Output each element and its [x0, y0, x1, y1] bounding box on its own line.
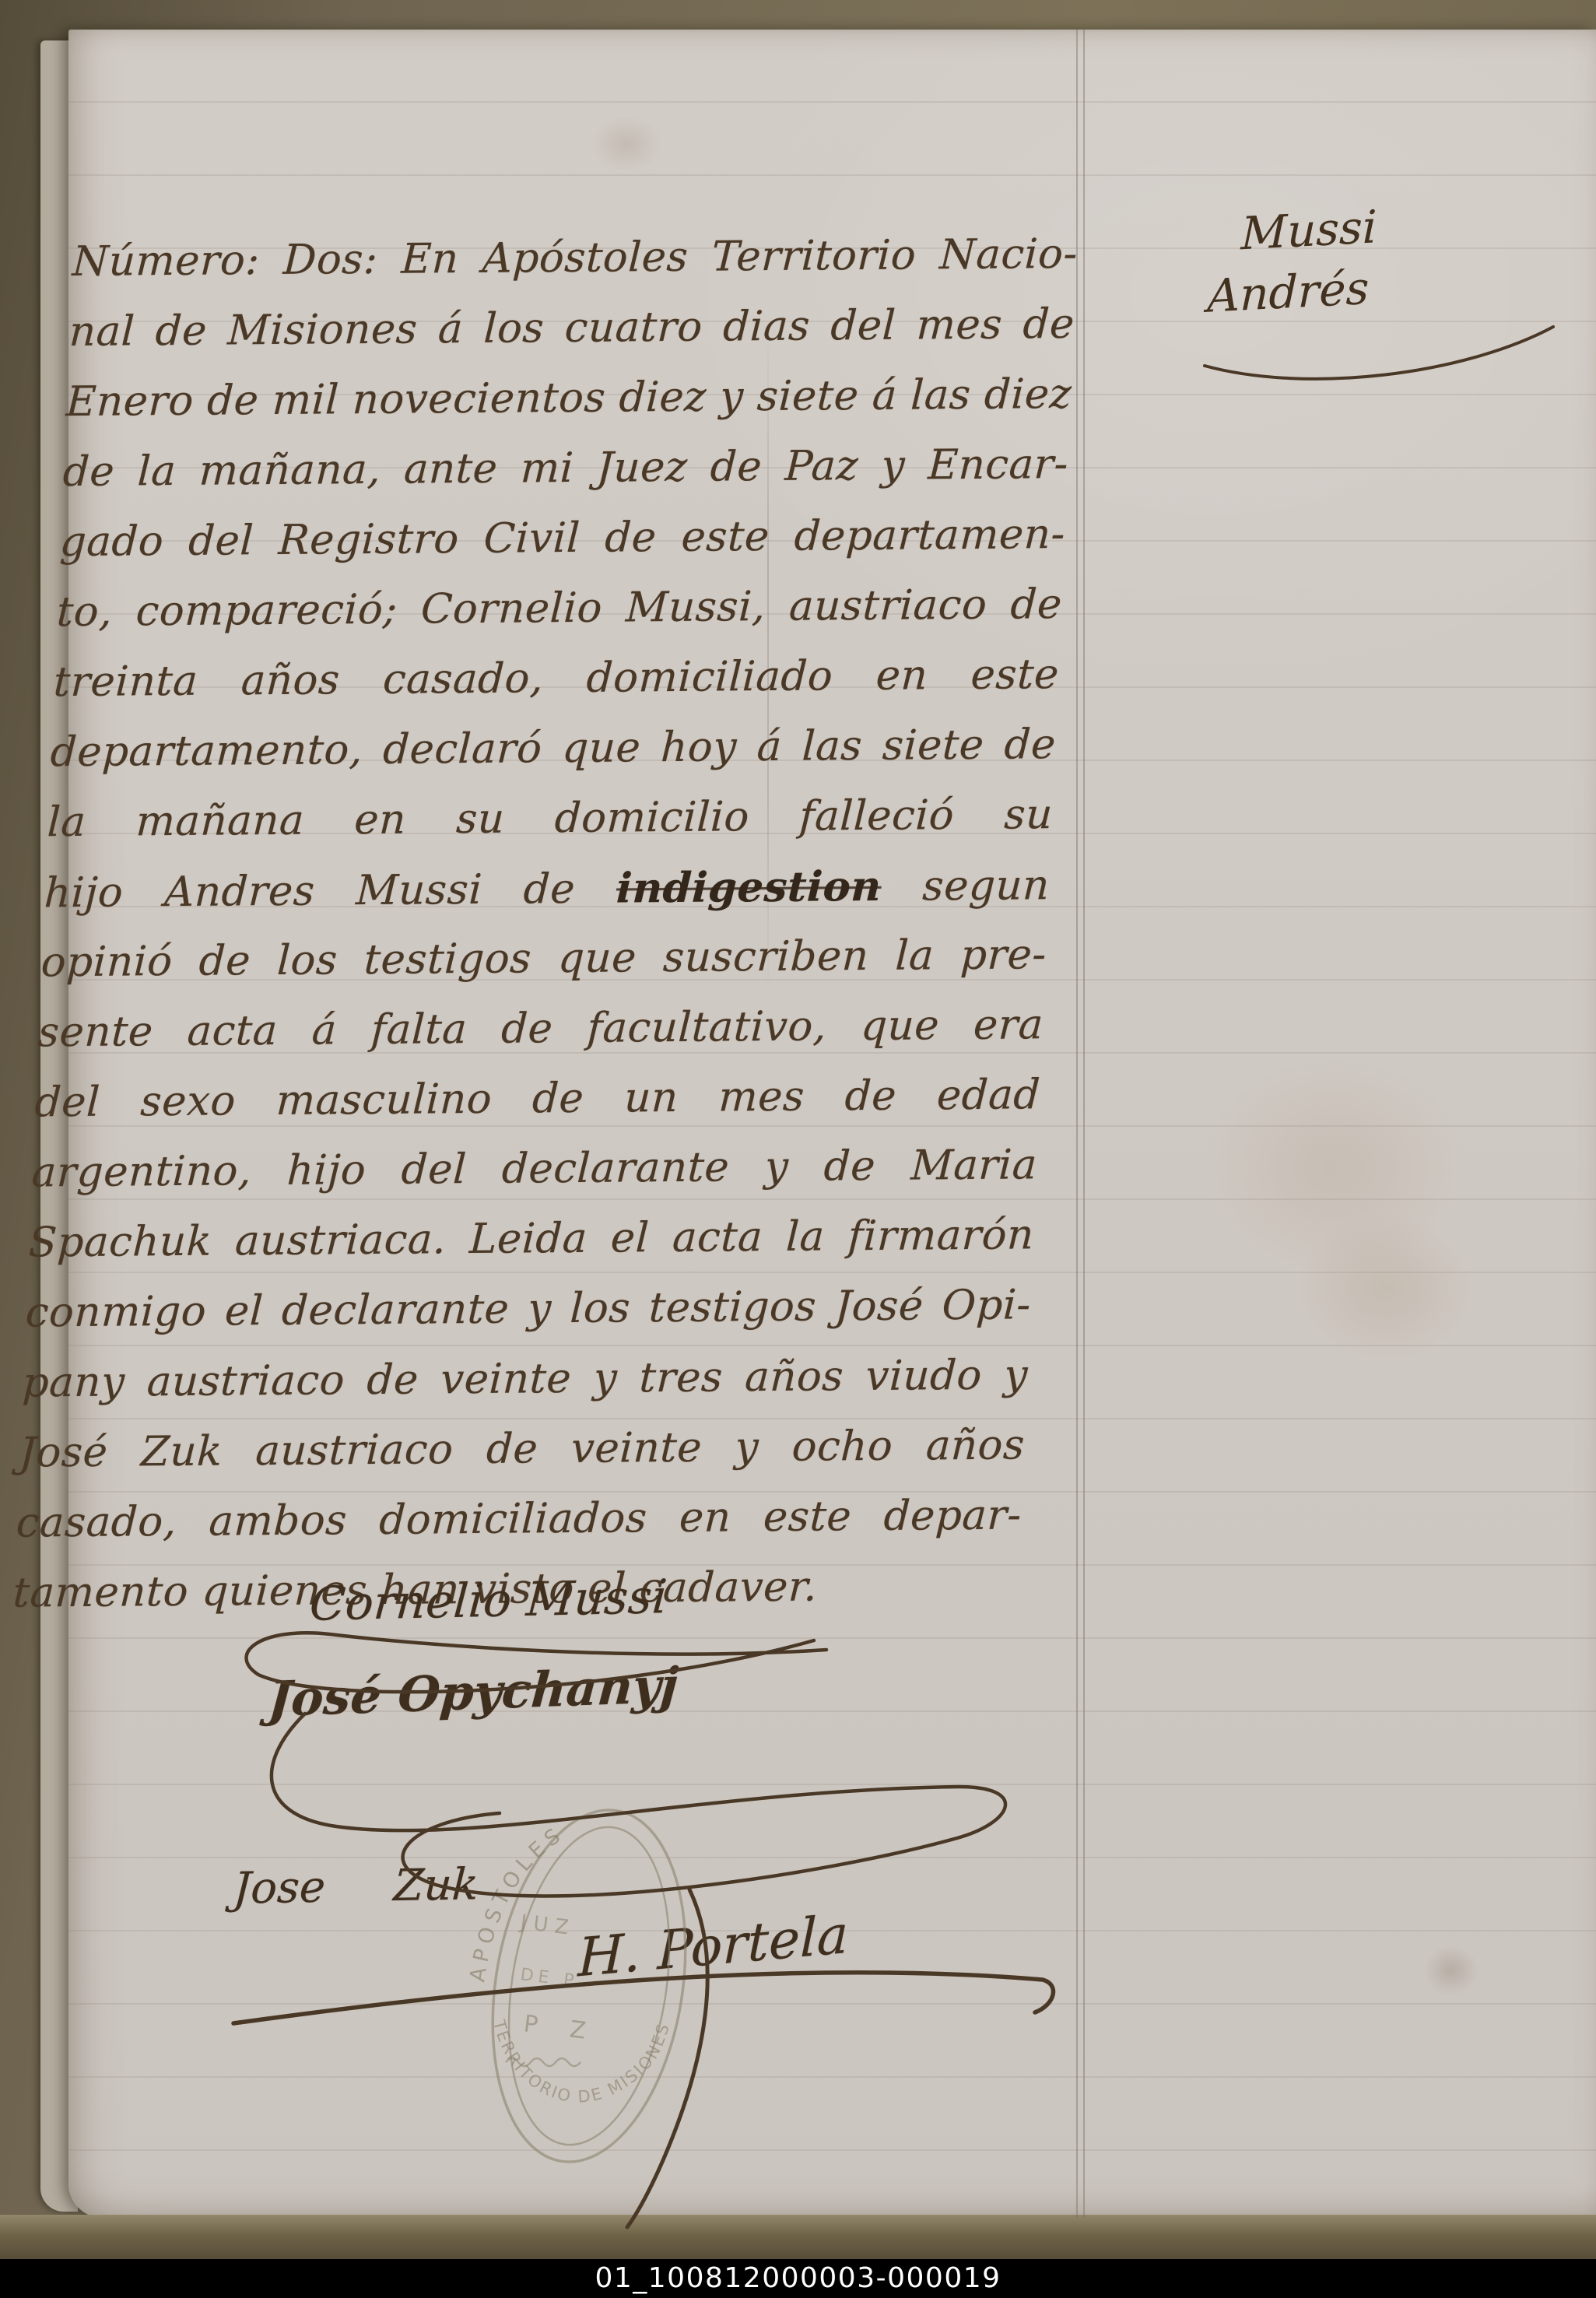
signature-witness-2: Jose Zuk — [232, 1859, 479, 1914]
margin-surname: Mussi — [1208, 196, 1377, 266]
manuscript-line: casado, ambos domiciliados en este depar… — [15, 1480, 1023, 1558]
manuscript-line: la mañana en su domicilio falleció su — [46, 780, 1054, 858]
manuscript-line: departamento, declaró que hoy á las siet… — [49, 710, 1058, 788]
margin-annotation: Mussi Andrés — [1207, 196, 1377, 327]
manuscript-line: to, compareció; Cornelio Mussi, austriac… — [55, 570, 1064, 647]
manuscript-line: Número: Dos: En Apóstoles Territorio Nac… — [71, 219, 1079, 297]
manuscript-line: Spachuk austriaca. Leida el acta la firm… — [27, 1200, 1036, 1278]
overwritten-word: indigestion — [616, 862, 882, 913]
manuscript-line: conmigo el declarante y los testigos Jos… — [24, 1270, 1033, 1348]
manuscript-line: José Zuk austriaco de veinte y ocho años — [18, 1410, 1026, 1488]
margin-rule-line — [1076, 30, 1085, 2218]
manuscript-line: opinió de los testigos que suscriben la … — [40, 920, 1048, 998]
manuscript-line-overwritten-cause: hijo Andres Mussi de indigestion segun — [43, 850, 1051, 928]
manuscript-line: nal de Misiones á los cuatro dias del me… — [68, 289, 1076, 367]
manuscript-line: Enero de mil novecientos diez y siete á … — [65, 360, 1073, 437]
manuscript-line: treinta años casado, domiciliado en este — [52, 640, 1061, 717]
archive-reference-code: 01_100812000003-000019 — [0, 2259, 1596, 2298]
scanned-register-page: Mussi Andrés Número: Dos: En Apóstoles T… — [0, 0, 1596, 2298]
signature-declarant: Cornelio Mussi — [308, 1570, 669, 1632]
line-segment: segun — [880, 861, 1051, 910]
book-bottom-edge — [0, 2215, 1596, 2259]
manuscript-line: sente acta á falta de facultativo, que e… — [37, 990, 1045, 1068]
margin-given-name: Andrés — [1207, 257, 1377, 327]
manuscript-text-block: Número: Dos: En Apóstoles Territorio Nac… — [12, 219, 1079, 1629]
manuscript-line: argentino, hijo del declarante y de Mari… — [30, 1130, 1039, 1208]
archive-reference-bar: 01_100812000003-000019 — [0, 2259, 1596, 2298]
manuscript-line: gado del Registro Civil de este departam… — [58, 500, 1067, 577]
manuscript-line: del sexo masculino de un mes de edad — [33, 1060, 1042, 1138]
line-segment: hijo Andres Mussi de — [44, 865, 618, 917]
manuscript-line: de la mañana, ante mi Juez de Paz y Enca… — [61, 430, 1070, 507]
manuscript-line: pany austriaco de veinte y tres años viu… — [21, 1340, 1030, 1418]
